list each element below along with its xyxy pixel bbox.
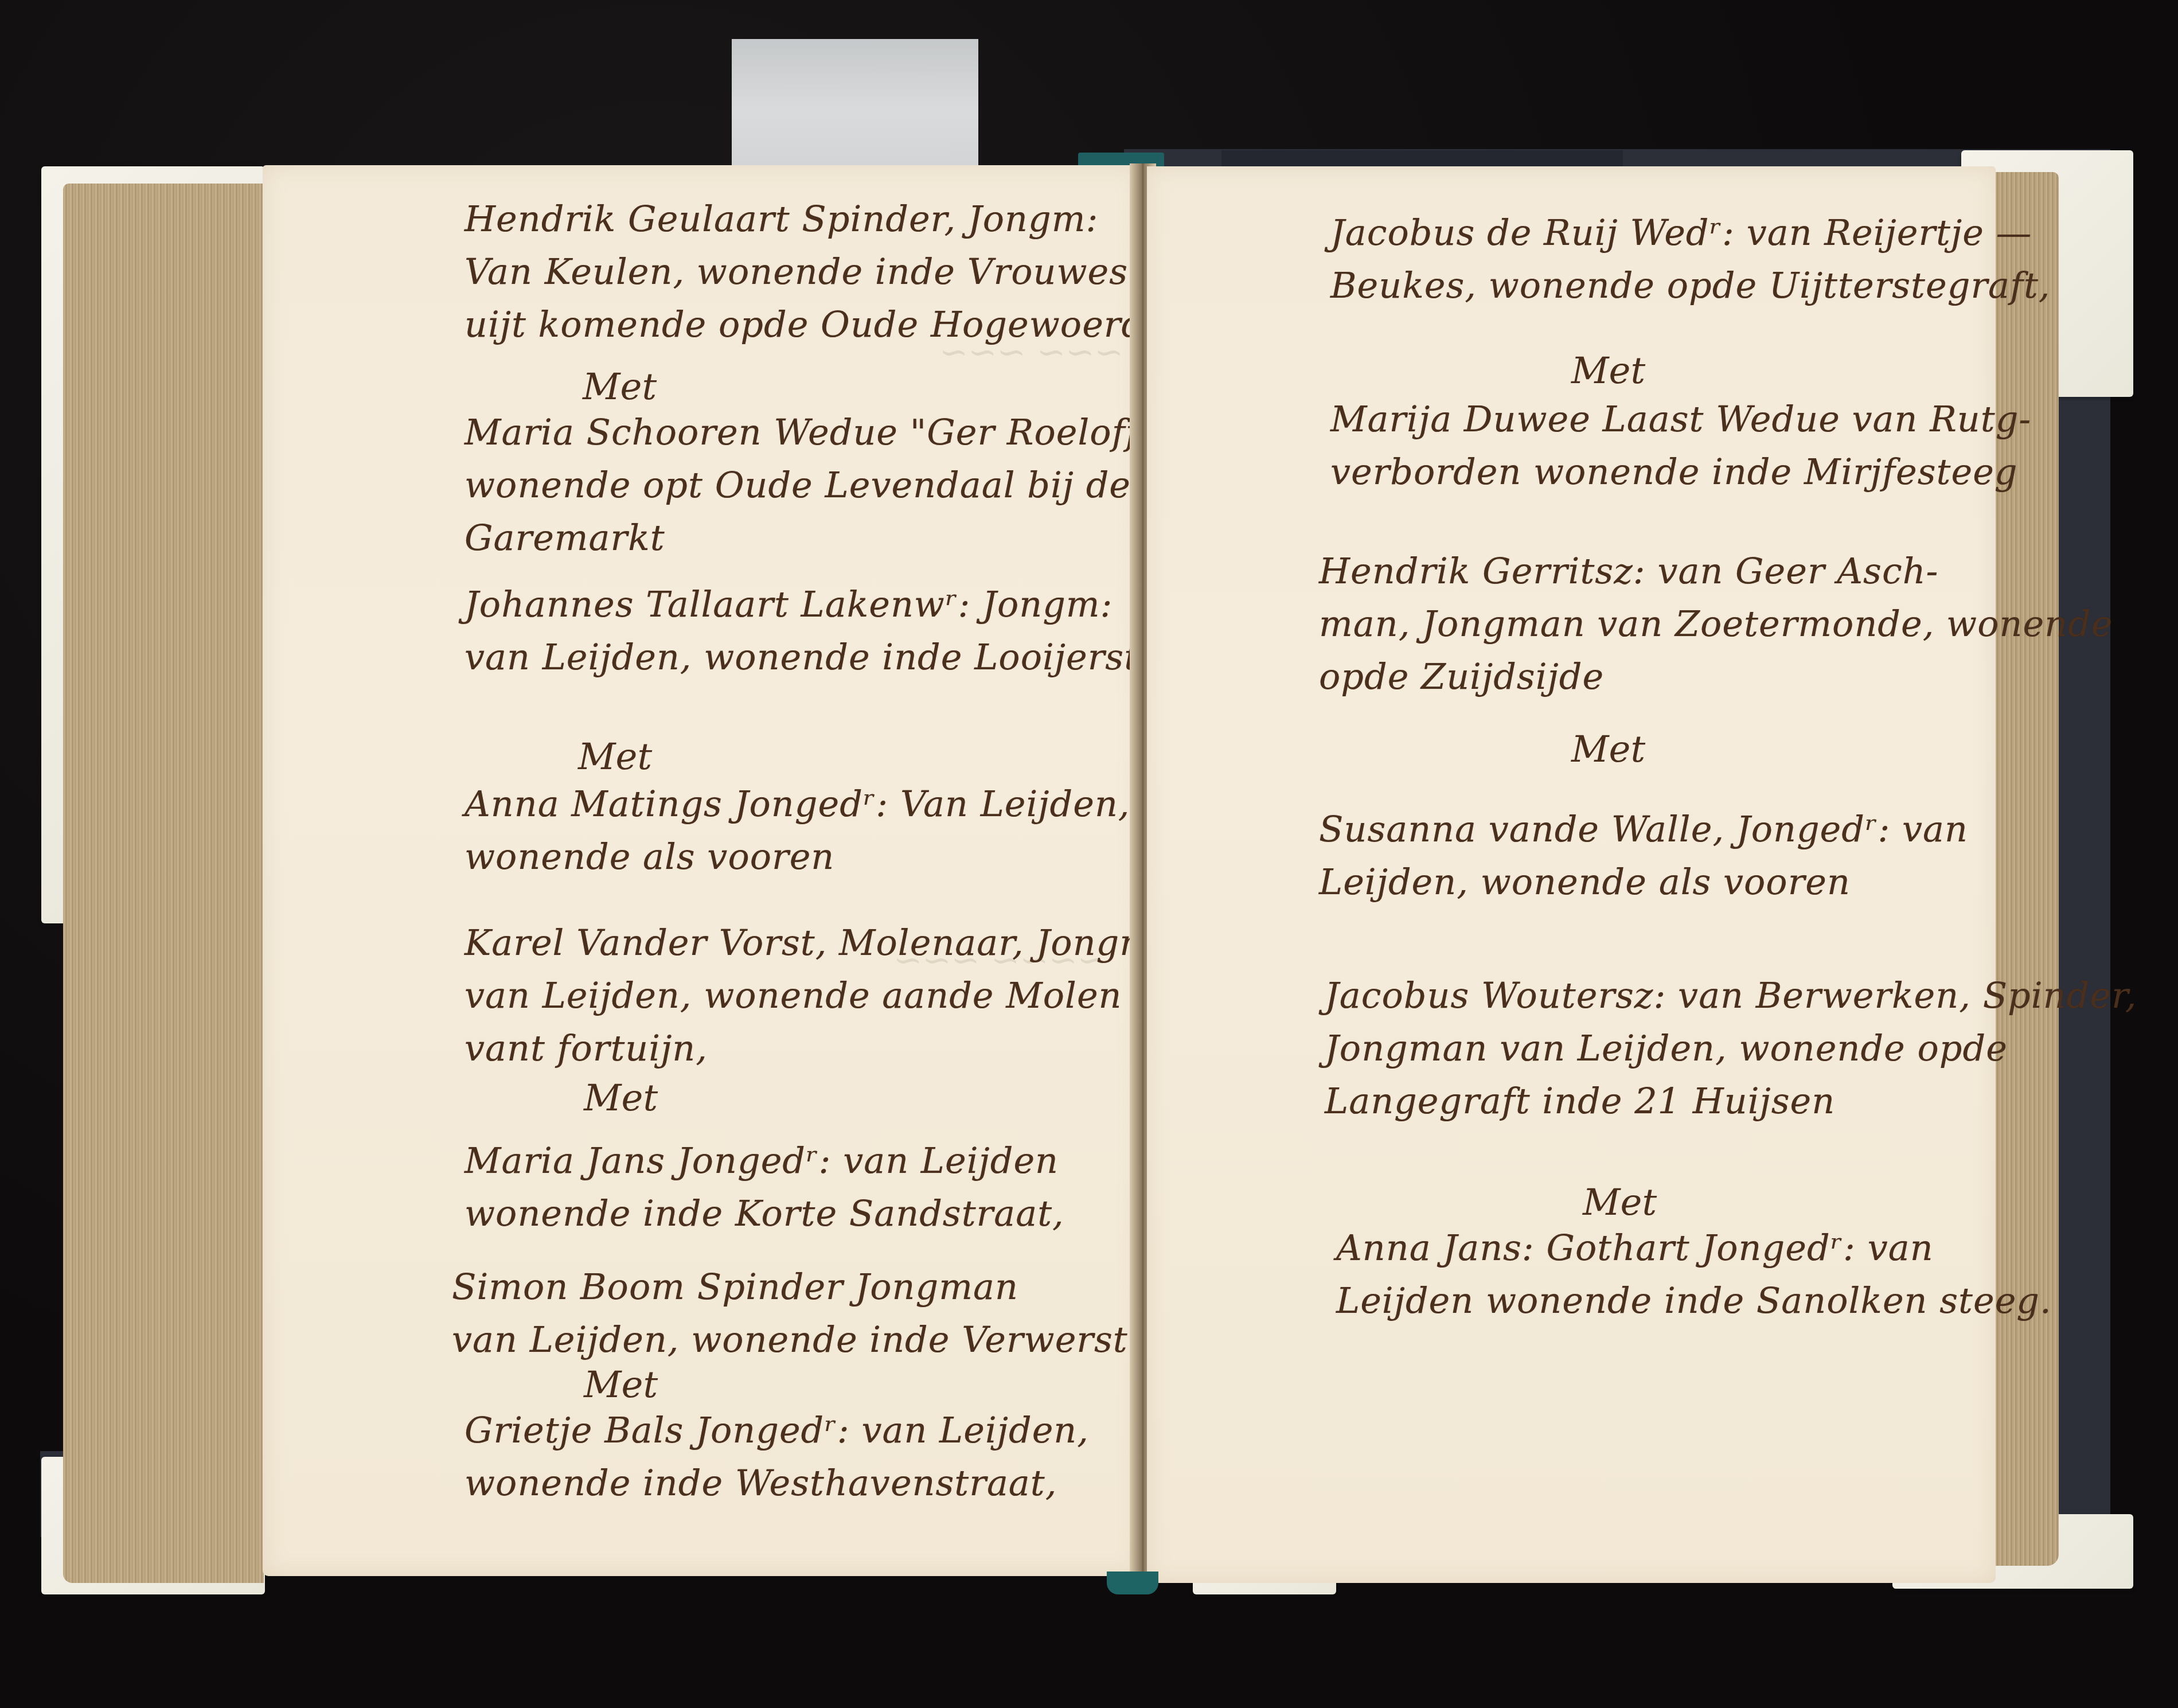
groom-line: van Leijden, wonende inde Verwerstraat <box>452 1313 1204 1366</box>
marriage-entry: Grietje Bals Jongedʳ: van Leijden, wonen… <box>465 1404 1089 1510</box>
bride-line: Marija Duwee Laast Wedue van Rutg- <box>1330 393 2031 446</box>
left-page: ~~~ ~~~ ~~~~ ~~~ Hendrik Geulaart Spinde… <box>263 165 1140 1576</box>
groom-line: opde Zuijdsijde <box>1319 650 2113 703</box>
marriage-entry: Maria Jans Jongedʳ: van Leijden wonende … <box>465 1134 1064 1240</box>
groom-line: van Leijden, wonende inde Looijerstraat <box>465 631 1215 684</box>
groom-line: uijt komende opde Oude Hogewoerd <box>465 298 1209 351</box>
bride-line: Anna Matings Jongedʳ: Van Leijden, <box>465 778 1130 830</box>
bride-line: Leijden, wonende als vooren <box>1319 856 1968 908</box>
marriage-entry: Simon Boom Spinder Jongman van Leijden, … <box>452 1261 1204 1366</box>
groom-line: Langegraft inde 21 Huijsen <box>1325 1075 2137 1128</box>
groom-line: Jongman van Leijden, wonende opde <box>1325 1022 2137 1075</box>
met-joiner: Met <box>1583 1181 1657 1224</box>
met-joiner: Met <box>1571 350 1645 392</box>
met-joiner: Met <box>584 1364 658 1406</box>
bride-line: wonende inde Westhavenstraat, <box>465 1457 1089 1510</box>
marriage-entry: Hendrik Gerritsz: van Geer Asch- man, Jo… <box>1319 545 2113 703</box>
marriage-entry: Karel Vander Vorst, Molenaar, Jongman va… <box>465 917 1199 1075</box>
groom-line: Hendrik Gerritsz: van Geer Asch- <box>1319 545 2113 598</box>
bride-line: Leijden wonende inde Sanolken steeg. <box>1336 1274 2052 1327</box>
page-edges-left <box>63 184 264 1583</box>
bride-line: Grietje Bals Jongedʳ: van Leijden, <box>465 1404 1089 1457</box>
met-joiner: Met <box>578 736 652 778</box>
met-joiner: Met <box>583 366 657 408</box>
marriage-entry: Jacobus de Ruij Wedʳ: van Reijertje — Be… <box>1330 206 2051 312</box>
met-joiner: Met <box>1571 728 1645 771</box>
groom-line: Johannes Tallaart Lakenwʳ: Jongm: <box>465 578 1215 631</box>
groom-line: Simon Boom Spinder Jongman <box>452 1261 1204 1313</box>
bookmark-ribbon-bottom <box>1107 1571 1158 1594</box>
right-page: Jacobus de Ruij Wedʳ: van Reijertje — Be… <box>1147 166 1996 1583</box>
bride-line: Maria Jans Jongedʳ: van Leijden <box>465 1134 1064 1187</box>
marriage-entry: Marija Duwee Laast Wedue van Rutg- verbo… <box>1330 393 2031 498</box>
groom-line: Van Keulen, wonende inde Vrouwesteeg <box>465 245 1209 298</box>
met-joiner: Met <box>584 1077 658 1120</box>
groom-line: Jacobus Woutersz: van Berwerken, Spinder… <box>1325 969 2137 1022</box>
bride-line: wonende als vooren <box>465 830 1130 883</box>
groom-line: vant fortuijn, <box>465 1022 1199 1075</box>
bride-line: Anna Jans: Gothart Jongedʳ: van <box>1336 1222 2052 1274</box>
groom-line: man, Jongman van Zoetermonde, wonende <box>1319 598 2113 650</box>
marriage-entry: Johannes Tallaart Lakenwʳ: Jongm: van Le… <box>465 578 1215 684</box>
page-edges-right <box>1990 172 2059 1566</box>
groom-line: Jacobus de Ruij Wedʳ: van Reijertje — <box>1330 206 2051 259</box>
groom-line: Beukes, wonende opde Uijtterstegraft, <box>1330 259 2051 312</box>
groom-line: Hendrik Geulaart Spinder, Jongm: <box>465 193 1209 245</box>
bride-line: Susanna vande Walle, Jongedʳ: van <box>1319 803 1968 856</box>
bride-line: verborden wonende inde Mirjfesteeg <box>1330 446 2031 498</box>
marriage-entry: Hendrik Geulaart Spinder, Jongm: Van Keu… <box>465 193 1209 351</box>
marriage-entry: Jacobus Woutersz: van Berwerken, Spinder… <box>1325 969 2137 1128</box>
marriage-entry: Susanna vande Walle, Jongedʳ: van Leijde… <box>1319 803 1968 908</box>
groom-line: van Leijden, wonende aande Molen <box>465 969 1199 1022</box>
marriage-entry: Anna Jans: Gothart Jongedʳ: van Leijden … <box>1336 1222 2052 1327</box>
marriage-entry: Anna Matings Jongedʳ: Van Leijden, wonen… <box>465 778 1130 883</box>
groom-line: Karel Vander Vorst, Molenaar, Jongman <box>465 917 1199 969</box>
bride-line: wonende inde Korte Sandstraat, <box>465 1187 1064 1240</box>
